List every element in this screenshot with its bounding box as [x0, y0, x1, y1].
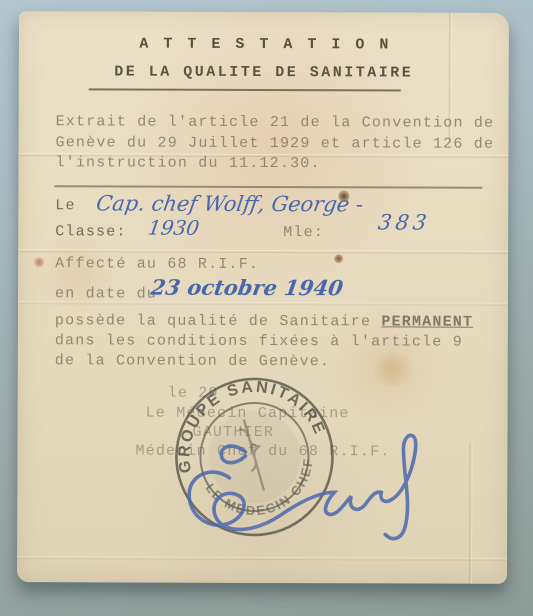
intro-line-2: Genève du 29 Juillet 1929 et article 126… — [56, 134, 495, 153]
stain — [34, 257, 44, 267]
permanent-word: PERMANENT — [381, 313, 473, 330]
classe-value-handwritten: 1930 — [147, 216, 201, 240]
fold-crease — [17, 556, 507, 561]
photo-background: { "document": { "title_line1": "ATTESTAT… — [0, 0, 533, 616]
le-label: Le — [55, 197, 75, 214]
signature — [167, 430, 437, 556]
mle-label: Mle: — [283, 224, 324, 241]
stain — [334, 254, 343, 263]
classe-label: Classe: — [55, 223, 126, 240]
document-title: ATTESTATION — [19, 35, 509, 54]
stain — [370, 352, 416, 386]
section-divider — [54, 185, 482, 188]
fold-crease — [469, 443, 472, 584]
date-label: en date du — [55, 285, 157, 302]
body-line-1: possède la qualité de Sanitaire PERMANEN… — [55, 312, 473, 330]
intro-line-3: l'instruction du 11.12.30. — [55, 154, 320, 172]
date-value-handwritten: 23 octobre 1940 — [149, 275, 345, 301]
title-underline — [89, 88, 401, 91]
name-handwritten: Cap. chef Wolff, George - — [95, 191, 365, 216]
intro-line-1: Extrait de l'article 21 de la Convention… — [56, 113, 495, 132]
document-subtitle: DE LA QUALITE DE SANITAIRE — [19, 63, 509, 82]
affecte-line: Affecté au 68 R.I.F. — [55, 255, 259, 273]
fold-crease — [18, 249, 508, 254]
body-line-2: dans les conditions fixées à l'article 9 — [55, 332, 463, 350]
body-line-1-text: possède la qualité de Sanitaire — [55, 312, 382, 330]
mle-value-handwritten: 383 — [377, 210, 433, 234]
attestation-document: ATTESTATION DE LA QUALITE DE SANITAIRE E… — [17, 11, 509, 584]
